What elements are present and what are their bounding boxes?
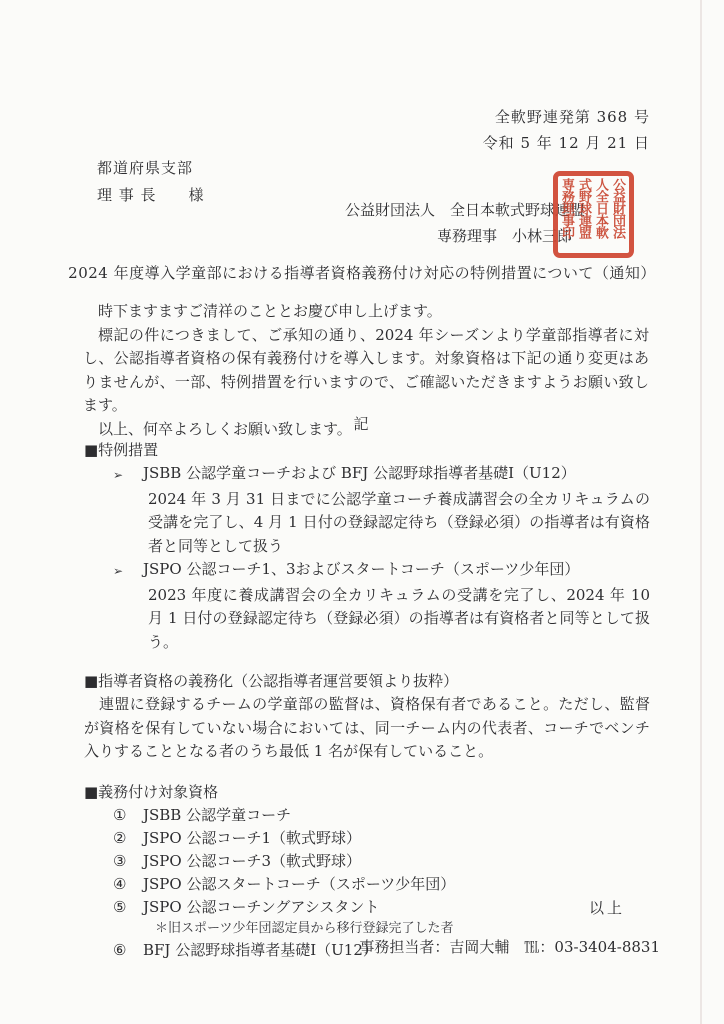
list-item-body: 2024 年 3 月 31 日までに公認学童コーチ養成講習会の全カリキュラムの受… xyxy=(148,488,650,559)
section-special-measures: ■特例措置 ➢ JSBB 公認学童コーチおよび BFJ 公認野球指導者基礎Ⅰ（U… xyxy=(84,439,650,654)
qualification-label: JSPO 公認コーチングアシスタント xyxy=(143,896,379,919)
circled-number: ④ xyxy=(113,873,143,896)
qualification-label: JSBB 公認学童コーチ xyxy=(143,804,291,827)
circled-number: ⑥ xyxy=(113,939,143,962)
sender-block: 公益財団法人 全日本軟式野球連盟 専務理事 小林三郎 xyxy=(345,197,585,249)
arrow-bullet-icon: ➢ xyxy=(113,558,143,584)
recipient-line: 理 事 長 様 xyxy=(97,182,205,209)
list-item-title: JSBB 公認学童コーチおよび BFJ 公認野球指導者基礎Ⅰ（U12） xyxy=(143,462,576,488)
section-heading: ■特例措置 xyxy=(84,439,650,462)
seal-column: 人全日本軟 xyxy=(592,178,609,251)
qualification-label: BFJ 公認野球指導者基礎Ⅰ（U12） xyxy=(143,939,378,962)
numbered-item: ① JSBB 公認学童コーチ xyxy=(84,804,650,827)
qualification-label: JSPO 公認コーチ1（軟式野球） xyxy=(143,827,361,850)
section-body: 連盟に登録するチームの学童部の監督は、資格保有者であること。ただし、監督が資格を… xyxy=(84,693,650,764)
scan-edge-artifact xyxy=(700,0,702,1024)
document-title: 2024 年度導入学童部における指導者資格義務付け対応の特例措置について（通知） xyxy=(0,262,724,283)
list-item: ➢ JSBB 公認学童コーチおよび BFJ 公認野球指導者基礎Ⅰ（U12） 20… xyxy=(84,462,650,558)
numbered-item: ④ JSPO 公認スタートコーチ（スポーツ少年団） xyxy=(84,873,650,896)
document-header: 全軟野連発第 368 号 令和 5 年 12 月 21 日 xyxy=(483,104,650,156)
sender-organization: 公益財団法人 全日本軟式野球連盟 xyxy=(345,197,585,223)
document-number: 全軟野連発第 368 号 xyxy=(483,104,650,130)
numbered-item: ② JSPO 公認コーチ1（軟式野球） xyxy=(84,827,650,850)
section-heading: ■義務付け対象資格 xyxy=(84,781,650,804)
record-mark: 記 xyxy=(0,413,724,434)
circled-number: ③ xyxy=(113,850,143,873)
sender-title-name: 専務理事 小林三郎 xyxy=(345,223,585,249)
sections: ■特例措置 ➢ JSBB 公認学童コーチおよび BFJ 公認野球指導者基礎Ⅰ（U… xyxy=(84,439,650,962)
list-item-body: 2023 年度に養成講習会の全カリキュラムの受講を完了し、2024 年 10 月… xyxy=(148,584,650,655)
recipient-block: 都道府県支部 理 事 長 様 xyxy=(97,155,205,209)
section-qualification-mandate: ■指導者資格の義務化（公認指導者運営要領より抜粋） 連盟に登録するチームの学童部… xyxy=(84,670,650,764)
numbered-item: ⑤ JSPO 公認コーチングアシスタント xyxy=(84,896,650,919)
seal-column: 公益財団法 xyxy=(609,178,626,251)
red-corporate-seal: 公益財団法 人全日本軟 式野球連盟 専務理事印 xyxy=(553,171,634,258)
circled-number: ⑤ xyxy=(113,896,143,919)
numbered-item: ③ JSPO 公認コーチ3（軟式野球） xyxy=(84,850,650,873)
section-target-qualifications: ■義務付け対象資格 ① JSBB 公認学童コーチ ② JSPO 公認コーチ1（軟… xyxy=(84,781,650,962)
notice-document-page: 全軟野連発第 368 号 令和 5 年 12 月 21 日 都道府県支部 理 事… xyxy=(0,0,724,1024)
list-item-title: JSPO 公認コーチ1、3およびスタートコーチ（スポーツ少年団） xyxy=(143,558,579,584)
document-date: 令和 5 年 12 月 21 日 xyxy=(483,130,650,156)
circled-number: ① xyxy=(113,804,143,827)
greeting-paragraph: 時下ますますご清祥のこととお慶び申し上げます。 xyxy=(83,300,649,324)
closing-mark: 以上 xyxy=(589,897,625,918)
list-item: ➢ JSPO 公認コーチ1、3およびスタートコーチ（スポーツ少年団） 2023 … xyxy=(84,558,650,654)
seal-column: 専務理事印 xyxy=(558,178,575,251)
circled-number: ② xyxy=(113,827,143,850)
main-paragraph: 標記の件につきまして、ご承知の通り、2024 年シーズンより学童部指導者に対し、… xyxy=(83,324,649,418)
section-heading: ■指導者資格の義務化（公認指導者運営要領より抜粋） xyxy=(84,670,650,693)
qualification-label: JSPO 公認スタートコーチ（スポーツ少年団） xyxy=(143,873,455,896)
contact-info: 事務担当者：吉岡大輔 ℡：03-3404-8831 xyxy=(359,936,660,957)
seal-column: 式野球連盟 xyxy=(575,178,592,251)
qualification-label: JSPO 公認コーチ3（軟式野球） xyxy=(143,850,361,873)
arrow-bullet-icon: ➢ xyxy=(113,462,143,488)
recipient-line: 都道府県支部 xyxy=(97,155,205,182)
